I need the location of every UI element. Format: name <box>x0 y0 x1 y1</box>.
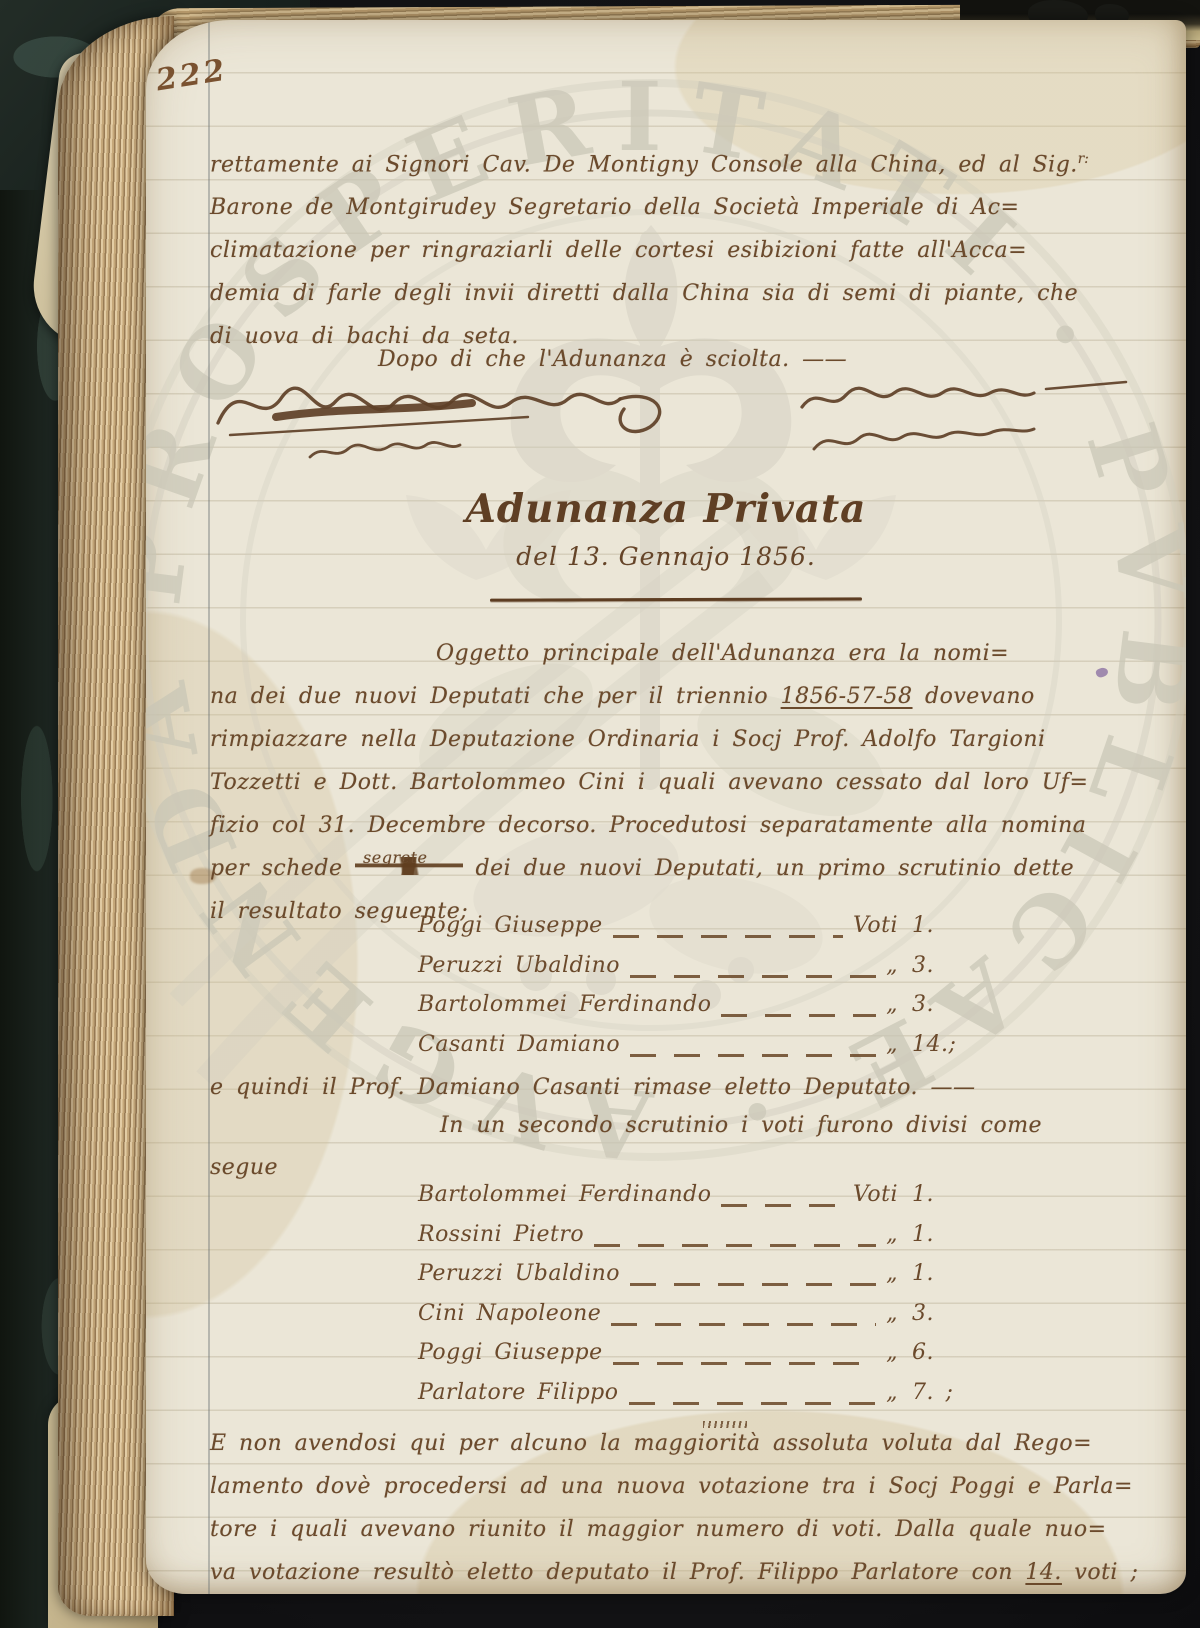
vote-count: 1. <box>912 1182 958 1207</box>
text-segment: assoluta voluta dal Rego= <box>761 1431 1093 1456</box>
candidate-name: Poggi Giuseppe <box>418 1340 603 1365</box>
secretary-signature <box>802 382 1126 407</box>
second-ballot-results: Bartolommei FerdinandoVoti1.Rossini Piet… <box>418 1182 958 1419</box>
dash-leader <box>721 1014 876 1017</box>
text-segment: Barone de Montgirudey Segretario della S… <box>210 195 1019 220</box>
votes-unit: „ <box>886 1032 898 1057</box>
vote-row: Cini Napoleone„3. <box>418 1301 958 1341</box>
manuscript-line: tore i quali avevano riunito il maggior … <box>210 1508 1170 1551</box>
text-segment: dovevano <box>913 684 1035 709</box>
dash-leader <box>630 975 876 978</box>
manuscript-line: lamento dovè procedersi ad una nuova vot… <box>210 1465 1170 1508</box>
text-segment: Tozzetti e Dott. Bartolommeo Cini i qual… <box>210 770 1088 795</box>
candidate-name: Rossini Pietro <box>418 1222 584 1247</box>
dash-leader <box>721 1204 843 1207</box>
vote-count: 3. <box>912 992 958 1017</box>
vote-row: Poggi Giuseppe„6. <box>418 1340 958 1380</box>
manuscript-line: na dei due nuovi Deputati che per il tri… <box>210 675 1170 718</box>
underlined-text: 1856-57-58 <box>781 684 913 709</box>
text-segment: tore i quali avevano riunito il maggior … <box>210 1517 1107 1542</box>
underlined-text: 14. <box>1025 1560 1062 1585</box>
text-segment: fizio col 31. Decembre decorso. Procedut… <box>210 813 1086 838</box>
text-segment: lamento dovè procedersi ad una nuova vot… <box>210 1474 1133 1499</box>
text-segment: per schede <box>210 856 355 881</box>
candidate-name: Bartolommei Ferdinando <box>418 1182 711 1207</box>
votes-unit: „ <box>886 1222 898 1247</box>
candidate-name: Parlatore Filippo <box>418 1380 619 1405</box>
manuscript-line: Barone de Montgirudey Segretario della S… <box>210 186 1170 229</box>
votes-unit: Voti <box>853 913 898 938</box>
manuscript-line: fizio col 31. Decembre decorso. Procedut… <box>210 804 1170 847</box>
manuscript-line: E non avendosi qui per alcuno la maggior… <box>210 1422 1170 1465</box>
text-segment: demia di farle degli invii diretti dalla… <box>210 281 1078 306</box>
page-number: 222 <box>154 53 230 99</box>
vote-count: 1. <box>912 1261 958 1286</box>
title-underline-rule <box>490 597 862 601</box>
manuscript-line: climatazione per ringraziarli delle cort… <box>210 229 1170 272</box>
vote-row: Parlatore Filippo„7. ; <box>418 1380 958 1420</box>
votes-unit: „ <box>886 1261 898 1286</box>
votes-unit: „ <box>886 992 898 1017</box>
vote-count: 1. <box>912 913 958 938</box>
signatures-block <box>210 365 1150 473</box>
dash-leader <box>611 1323 876 1326</box>
candidate-name: Cini Napoleone <box>418 1301 601 1326</box>
votes-unit: „ <box>886 953 898 978</box>
text-segment: climatazione per ringraziarli delle cort… <box>210 238 1027 263</box>
vote-row: Poggi GiuseppeVoti1. <box>418 913 958 953</box>
dash-leader <box>613 935 843 938</box>
session-date: del 13. Gennajo 1856. <box>146 542 1186 571</box>
dash-leader <box>630 1283 876 1286</box>
interlinear-correction: segrete <box>363 836 427 879</box>
votes-unit: Voti <box>853 1182 898 1207</box>
vote-row: Peruzzi Ubaldino„3. <box>418 953 958 993</box>
manuscript-line: rimpiazzare nella Deputazione Ordinaria … <box>210 718 1170 761</box>
paragraph-2: Oggetto principale dell'Adunanza era la … <box>210 632 1170 933</box>
vote-count: 3. <box>912 953 958 978</box>
vote-count: 7. ; <box>912 1380 958 1405</box>
votes-unit: „ <box>886 1380 898 1405</box>
next-page-edge <box>1186 28 1200 1568</box>
manuscript-line: va votazione resultò eletto deputato il … <box>210 1551 1170 1594</box>
dash-leader <box>630 1054 876 1057</box>
text-segment: dei due nuovi Deputati, un primo scrutin… <box>463 856 1074 881</box>
paragraph-1: rettamente ai Signori Cav. De Montigny C… <box>210 138 1170 358</box>
vote-row: Bartolommei Ferdinando„3. <box>418 992 958 1032</box>
superscript-text: r: <box>1078 151 1089 167</box>
vote-count: 6. <box>912 1340 958 1365</box>
text-segment: E non avendosi qui per alcuno la <box>210 1431 634 1456</box>
manuscript-line: rettamente ai Signori Cav. De Montigny C… <box>210 138 1170 186</box>
president-countersign <box>310 442 460 457</box>
text-segment: maggiorità <box>634 1431 761 1456</box>
struck-out-word: segrete <box>355 857 463 875</box>
candidate-name: Poggi Giuseppe <box>418 913 603 938</box>
text-segment: va votazione resultò eletto deputato il … <box>210 1560 1025 1585</box>
vote-row: Bartolommei FerdinandoVoti1. <box>418 1182 958 1222</box>
text-segment: rimpiazzare nella Deputazione Ordinaria … <box>210 727 1046 752</box>
votes-unit: „ <box>886 1340 898 1365</box>
text-segment: Oggetto principale dell'Adunanza era la … <box>436 641 1009 666</box>
dash-leader <box>594 1244 876 1247</box>
paragraph-3: E non avendosi qui per alcuno la maggior… <box>210 1422 1170 1594</box>
manuscript-line: demia di farle degli invii diretti dalla… <box>210 272 1170 315</box>
vote-count: 1. <box>912 1222 958 1247</box>
second-ballot-intro: In un secondo scrutinio i voti furono di… <box>440 1104 1042 1147</box>
first-ballot-results: Poggi GiuseppeVoti1.Peruzzi Ubaldino„3.B… <box>418 913 958 1071</box>
manuscript-line: Oggetto principale dell'Adunanza era la … <box>210 632 1170 675</box>
text-segment: voti ; <box>1062 1560 1138 1585</box>
session-title: Adunanza Privata <box>146 486 1186 532</box>
text-segment: rettamente ai Signori Cav. De Montigny C… <box>210 152 1078 177</box>
text-segment: na dei due nuovi Deputati che per il tri… <box>210 684 781 709</box>
manuscript-page: PROSPERITATI · PVBLICAE · AVGENDAE · 222… <box>146 20 1186 1594</box>
vote-count: 14.; <box>912 1032 958 1057</box>
candidate-name: Bartolommei Ferdinando <box>418 992 711 1017</box>
dash-leader <box>629 1402 877 1405</box>
dash-leader <box>613 1362 876 1365</box>
vote-row: Rossini Pietro„1. <box>418 1222 958 1262</box>
segue-word: segue <box>210 1146 278 1189</box>
secretary-title-sign <box>814 429 1034 449</box>
manuscript-line: Tozzetti e Dott. Bartolommeo Cini i qual… <box>210 761 1170 804</box>
candidate-name: Casanti Damiano <box>418 1032 620 1057</box>
votes-unit: „ <box>886 1301 898 1326</box>
vote-count: 3. <box>912 1301 958 1326</box>
first-ballot-outcome: e quindi il Prof. Damiano Casanti rimase… <box>210 1066 976 1109</box>
manuscript-line: per schede segrete dei due nuovi Deputat… <box>210 847 1170 890</box>
vote-row: Peruzzi Ubaldino„1. <box>418 1261 958 1301</box>
candidate-name: Peruzzi Ubaldino <box>418 1261 620 1286</box>
president-signature <box>218 388 660 435</box>
candidate-name: Peruzzi Ubaldino <box>418 953 620 978</box>
